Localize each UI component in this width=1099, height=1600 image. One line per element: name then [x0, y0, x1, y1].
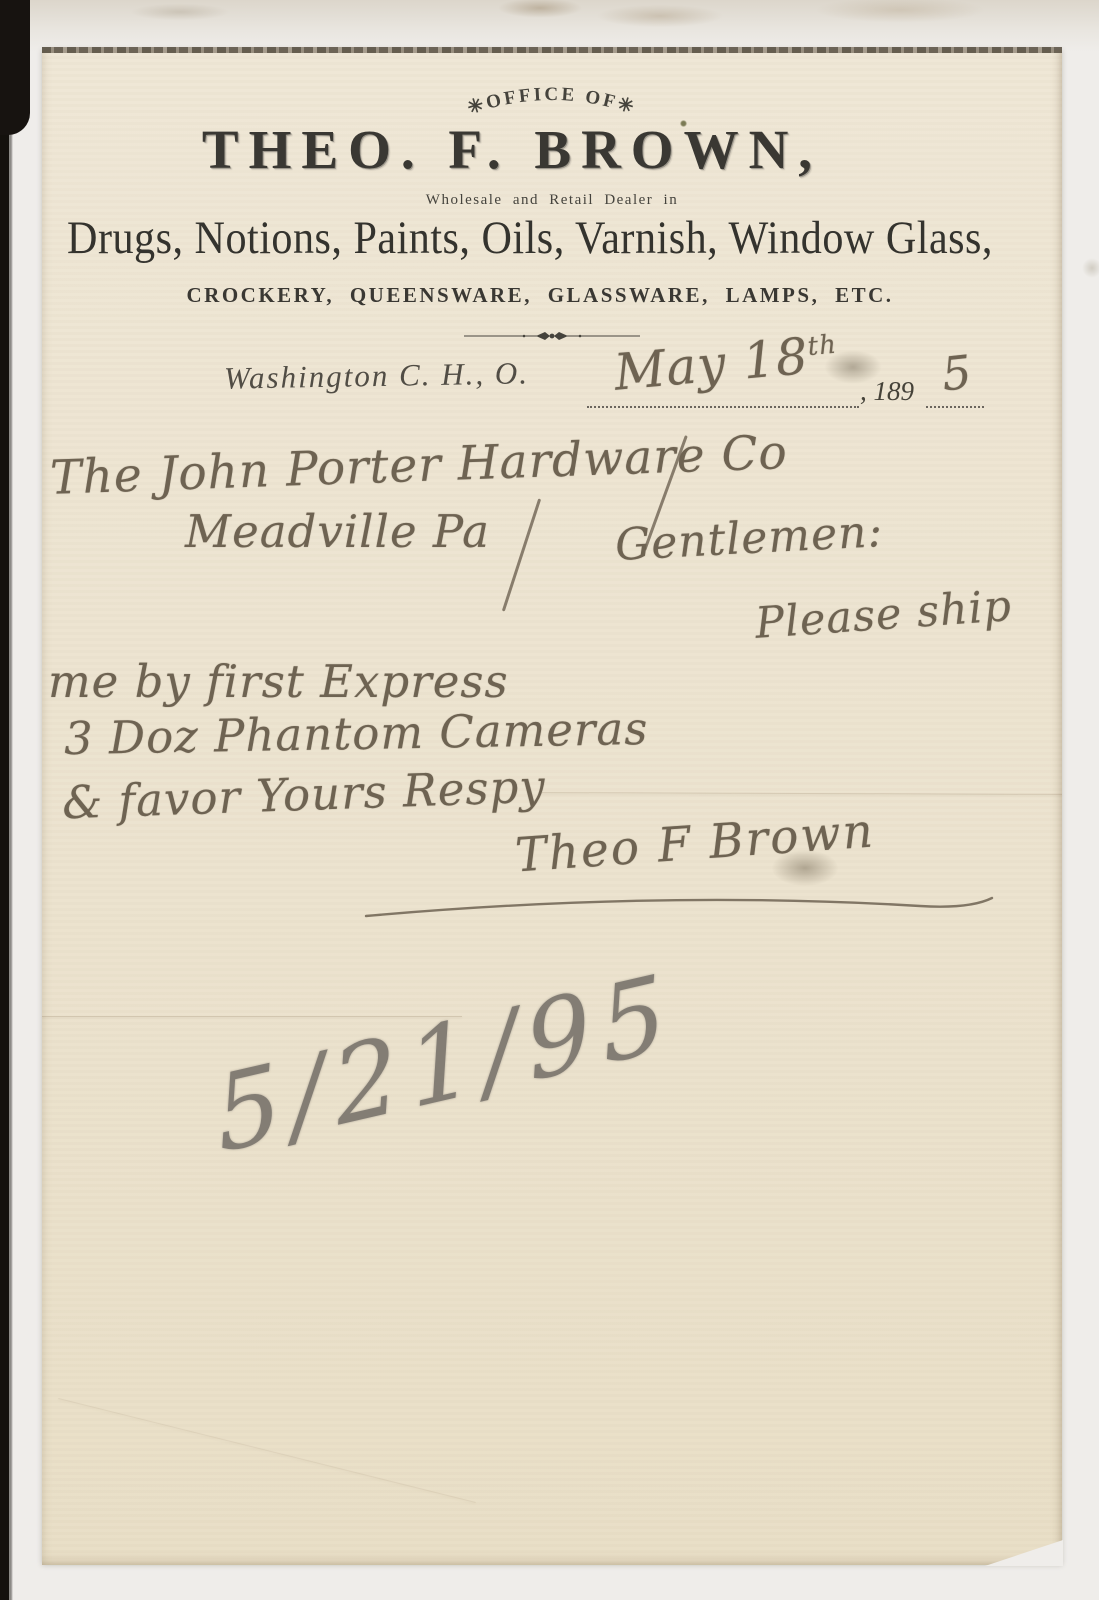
- body-line-order: 3 Doz Phantom Cameras: [64, 702, 649, 765]
- year-dotted-rule: [926, 406, 984, 408]
- recipient-name: The John Porter Hardware Co: [49, 425, 788, 506]
- paper-crease: [542, 792, 1062, 795]
- scanner-edge-shadow: [0, 0, 13, 1600]
- body-closing: & favor Yours Respy: [61, 760, 546, 830]
- handwritten-year-digit: 5: [939, 345, 975, 402]
- ink-smudge: [772, 850, 838, 886]
- handwritten-bracket-stroke: [502, 498, 541, 611]
- decorative-divider: [462, 330, 642, 342]
- svg-text:✳OFFICE OF✳: ✳OFFICE OF✳: [465, 84, 639, 119]
- body-opening: Please ship: [754, 581, 1014, 649]
- pencil-received-date: 5/21/95: [209, 949, 683, 1177]
- ink-smudge: [824, 350, 882, 384]
- scanner-background-smudge: [0, 0, 1099, 52]
- printed-place-line: Washington C. H., O.: [224, 355, 530, 396]
- products-secondary-line: CROCKERY, QUEENSWARE, GLASSWARE, LAMPS, …: [30, 283, 1050, 308]
- clipped-bottom-right-corner: [985, 1540, 1063, 1566]
- paper-crease: [58, 1398, 475, 1503]
- scanned-document-stage: ✳OFFICE OF✳ THEO. F. BROWN, Wholesale an…: [0, 0, 1099, 1600]
- dealer-subtitle: Wholesale and Retail Dealer in: [42, 192, 1062, 209]
- paper-blemish: [680, 120, 687, 127]
- products-main-line: Drugs, Notions, Paints, Oils, Varnish, W…: [30, 212, 1030, 265]
- office-of-label: ✳OFFICE OF✳: [465, 84, 639, 119]
- date-dotted-rule: [587, 406, 859, 408]
- scanner-corner-shadow: [0, 0, 30, 135]
- recipient-city: Meadville Pa: [185, 505, 490, 558]
- paper-blemish: [1082, 258, 1099, 278]
- signature-flourish: [360, 888, 1000, 922]
- paper-crease: [42, 1016, 462, 1017]
- company-name: THEO. F. BROWN,: [2, 118, 1022, 181]
- letter-sheet: ✳OFFICE OF✳ THEO. F. BROWN, Wholesale an…: [42, 50, 1062, 1565]
- body-line-express: me by first Express: [48, 655, 509, 708]
- torn-top-edge: [42, 47, 1062, 53]
- handwritten-date: May 18th: [612, 324, 840, 401]
